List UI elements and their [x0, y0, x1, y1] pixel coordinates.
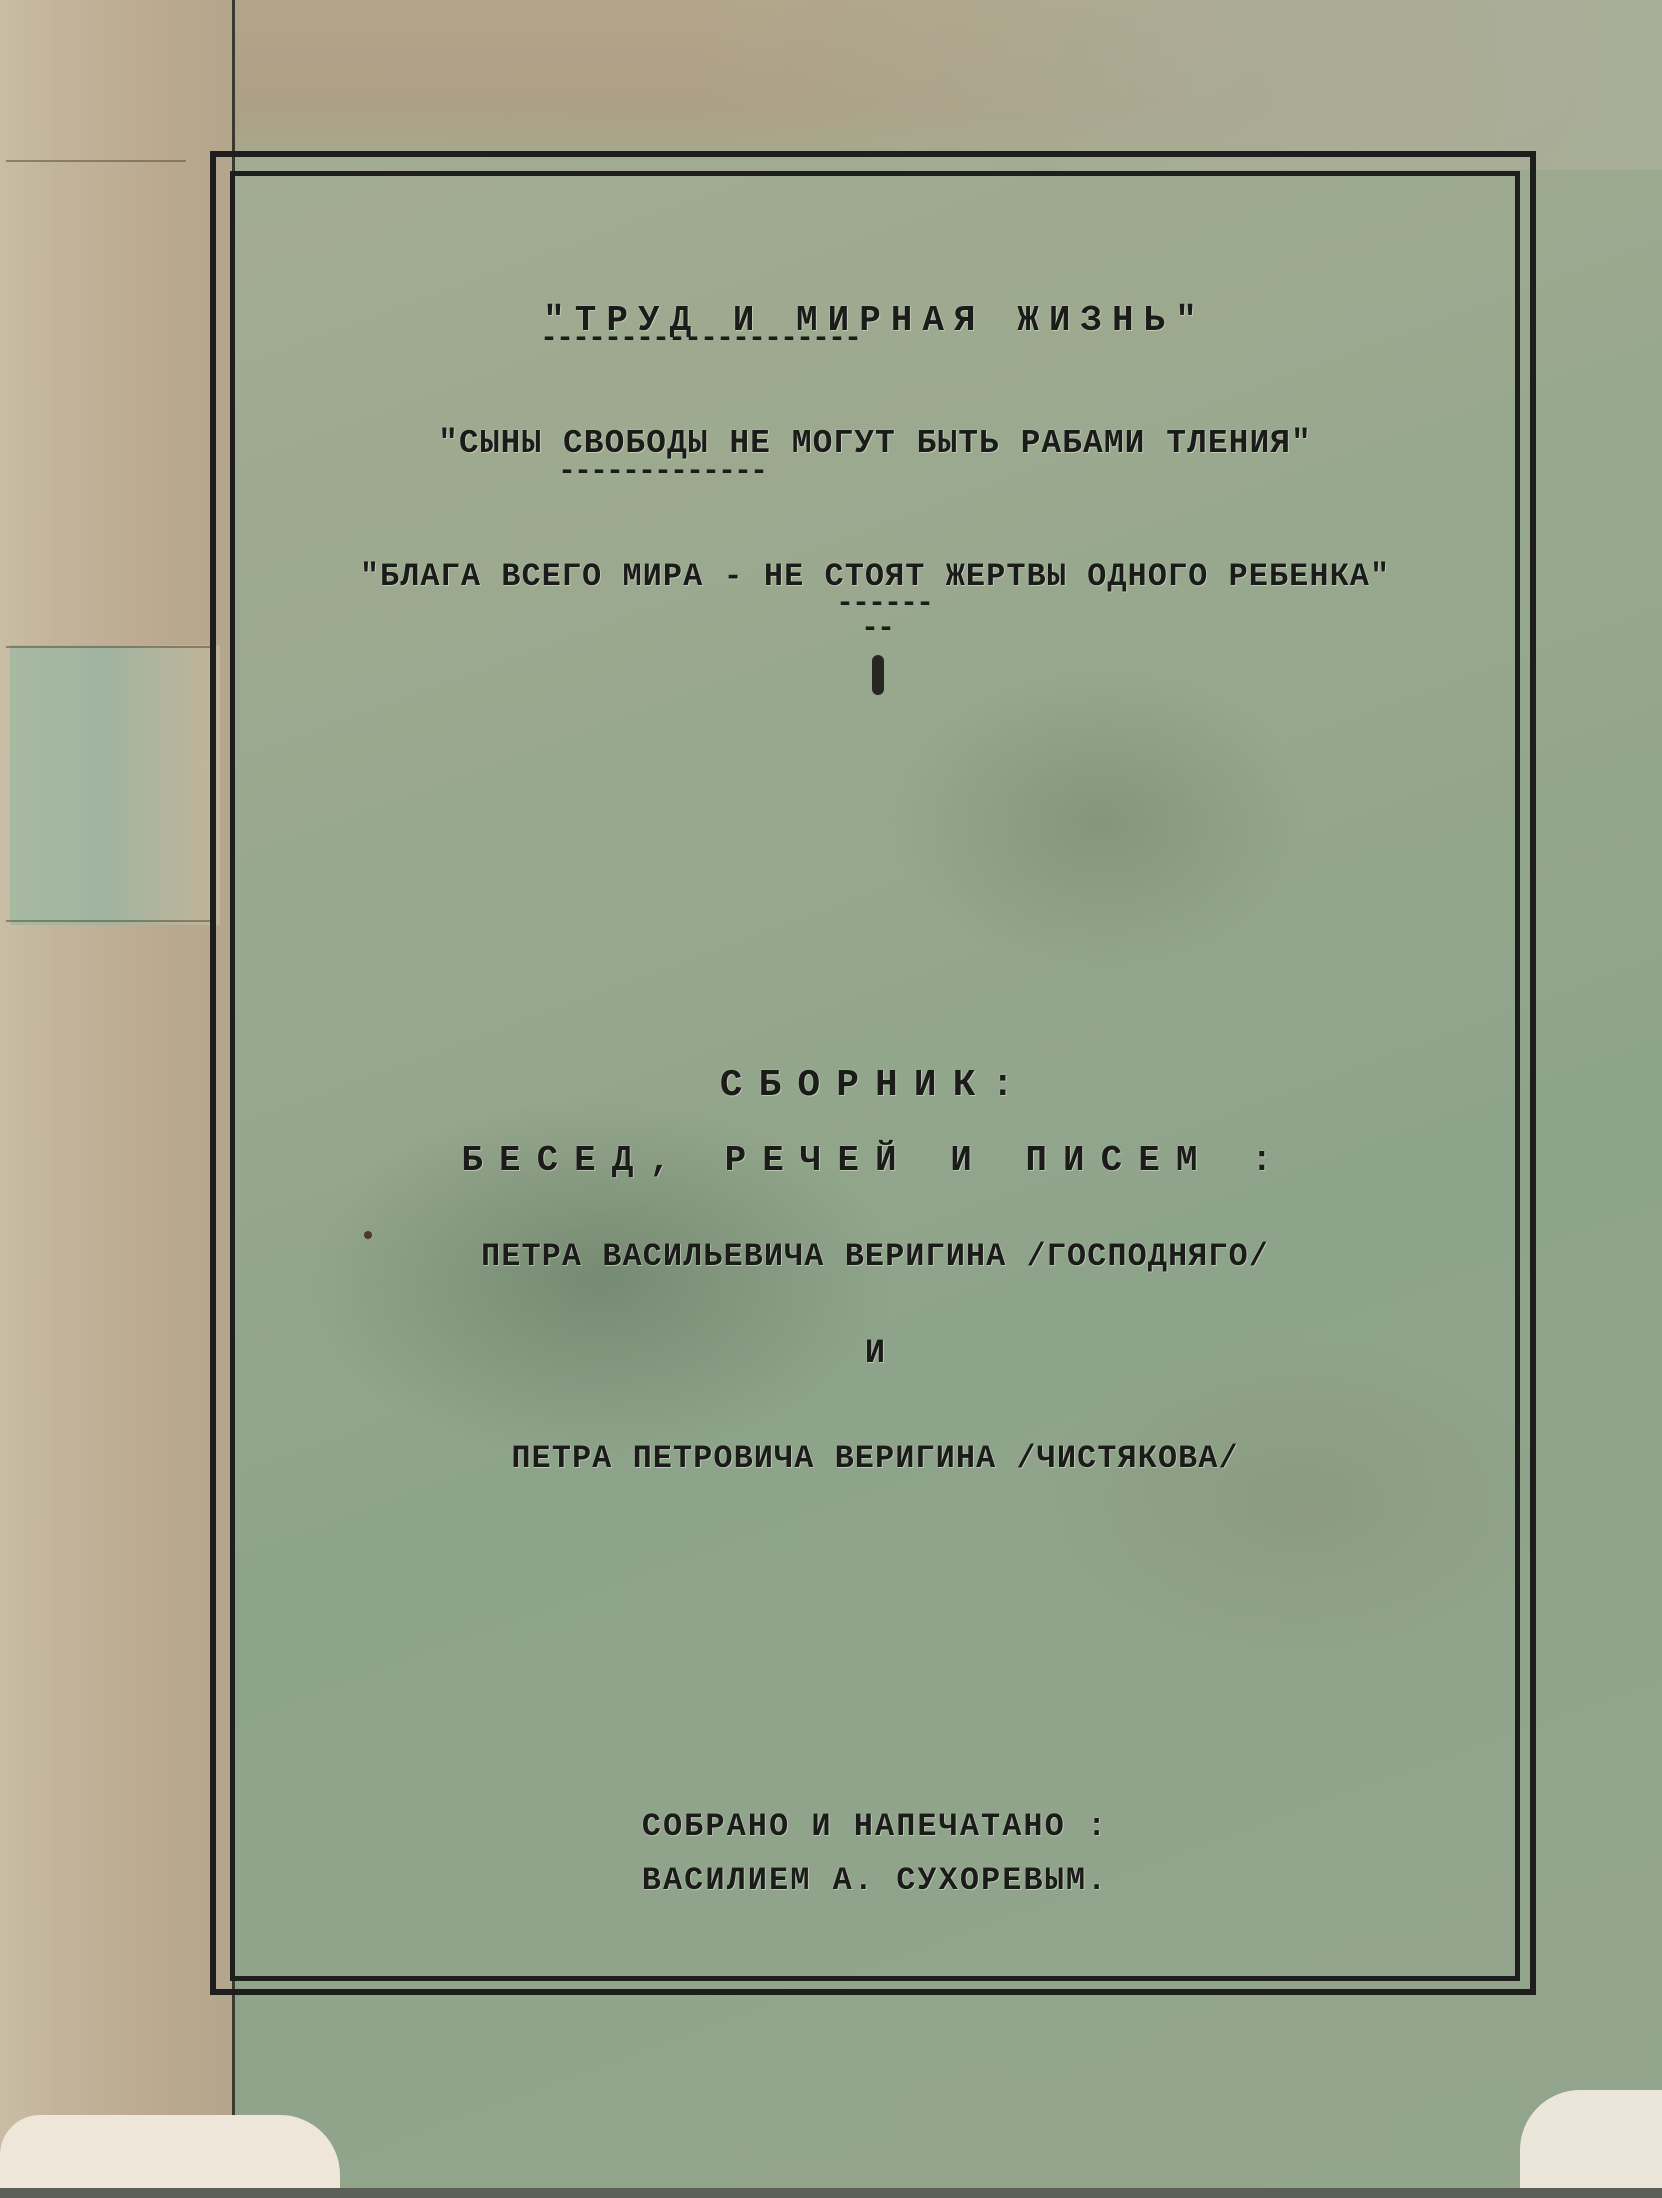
credits-line-1: СОБРАНО И НАПЕЧАТАНО : [230, 1808, 1520, 1845]
spine-green-patch [10, 645, 220, 925]
spine-crease [6, 920, 216, 922]
spine-crease [6, 646, 216, 648]
torn-corner-bottom-right [1520, 2090, 1662, 2198]
bottom-edge [0, 2188, 1662, 2198]
divider-1: -------------------- [540, 322, 960, 356]
author-1: ПЕТРА ВАСИЛЬЕВИЧА ВЕРИГИНА /ГОСПОДНЯГО/ [230, 1238, 1520, 1275]
vertical-flourish-icon [872, 655, 884, 695]
author-2: ПЕТРА ПЕТРОВИЧА ВЕРИГИНА /ЧИСТЯКОВА/ [230, 1440, 1520, 1477]
worn-top-fade [700, 0, 1662, 170]
collection-heading: СБОРНИК: [230, 1064, 1520, 1107]
credits-line-2: ВАСИЛИЕМ А. СУХОРЕВЫМ. [230, 1862, 1520, 1899]
collection-subheading: БЕСЕД, РЕЧЕЙ И ПИСЕМ : [230, 1140, 1520, 1181]
divider-4: -- [861, 612, 893, 646]
divider-2: ------------- [558, 455, 878, 489]
torn-corner-bottom-left [0, 2115, 340, 2198]
taped-spine [0, 0, 235, 2198]
spine-crease [6, 160, 186, 162]
author-conjunction: И [230, 1335, 1520, 1373]
